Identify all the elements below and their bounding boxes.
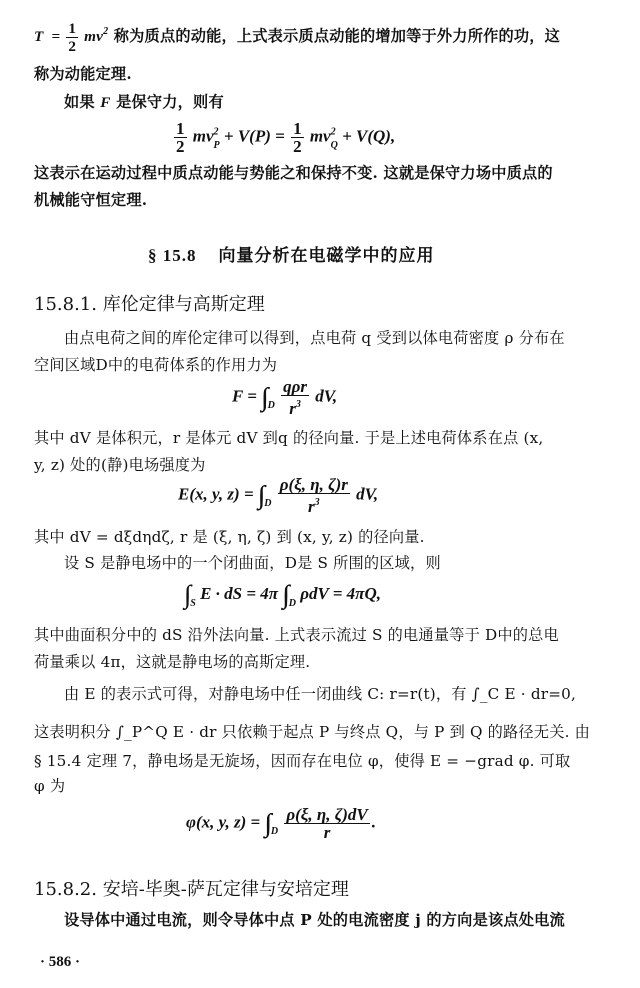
text-line: 设导体中通过电流，则令导体中点 P 处的电流密度 j 的方向是该点处电流 <box>64 910 565 930</box>
subsection-heading-coulomb-gauss: 15.8.1. 库伦定律与高斯定理 <box>34 290 265 316</box>
equation-gauss-law: ∫∫S E · dS = 4π ∫∫∫D ρdV = 4πQ, <box>184 580 381 610</box>
text: 称为质点的动能，上式表示质点动能的增加等于外力所作的功，这 <box>114 27 560 45</box>
text-line: 其中 dV 是体积元，r 是体元 dV 到q 的径向量. 于是上述电荷体系在点 … <box>34 428 543 448</box>
text-line: φ 为 <box>34 776 65 796</box>
paragraph-kinetic-energy-line2: 称为动能定理. <box>34 64 132 84</box>
text-line: 由 E 的表示式可得，对静电场中任一闭曲线 C: r=r(t)，有 ∫_C E … <box>64 684 576 704</box>
text-line: § 15.4 定理 7，静电场是无旋场，因而存在电位 φ，使得 E = −gra… <box>34 751 570 771</box>
equation-force: F = ∫∫∫D qρrr3 dV, <box>232 378 337 417</box>
equation-energy-conservation: 12 mv2P + V(P) = 12 mv2Q + V(Q), <box>172 120 395 155</box>
subsection-heading-ampere: 15.8.2. 安培-毕奥-萨瓦定律与安培定理 <box>34 875 349 901</box>
paragraph-energy-conservation-line1: 这表示在运动过程中质点动能与势能之和保持不变. 这就是保守力场中质点的 <box>34 163 553 183</box>
text-line: y, z) 处的(静)电场强度为 <box>34 455 206 475</box>
paragraph-kinetic-energy-line1: T = 12 mv2 称为质点的动能，上式表示质点动能的增加等于外力所作的功，这 <box>34 20 560 55</box>
text-line: 其中 dV = dξdηdζ, r 是 (ξ, η, ζ) 到 (x, y, z… <box>34 527 425 547</box>
section-heading: § 15.8向量分析在电磁学中的应用 <box>148 241 435 266</box>
text-line: 由点电荷之间的库伦定律可以得到，点电荷 q 受到以体电荷密度 ρ 分布在 <box>64 328 565 348</box>
equation-potential: φ(x, y, z) = ∫∫∫D ρ(ξ, η, ζ)dVr. <box>186 806 376 841</box>
text-line: 这表明积分 ∫_P^Q E · dr 只依赖于起点 P 与终点 Q，与 P 到 … <box>34 722 590 742</box>
text-line: 设 S 是静电场中的一个闭曲面，D是 S 所围的区域，则 <box>64 553 441 573</box>
text-line: 空间区域D中的电荷体系的作用力为 <box>34 355 277 375</box>
equation-electric-field: E(x, y, z) = ∫∫∫D ρ(ξ, η, ζ)rr3 dV, <box>178 476 378 515</box>
page-number: · 586 · <box>40 954 80 971</box>
text-line: 荷量乘以 4π，这就是静电场的高斯定理. <box>34 652 310 672</box>
text-line: 其中曲面积分中的 dS 沿外法向量. 上式表示流过 S 的电通量等于 D中的总电 <box>34 625 559 645</box>
paragraph-energy-conservation-line2: 机械能守恒定理. <box>34 190 147 210</box>
formula-kinetic-energy: T = 12 mv2 <box>34 28 108 45</box>
paragraph-conservative-force: 如果 F 是保守力，则有 <box>64 92 224 113</box>
